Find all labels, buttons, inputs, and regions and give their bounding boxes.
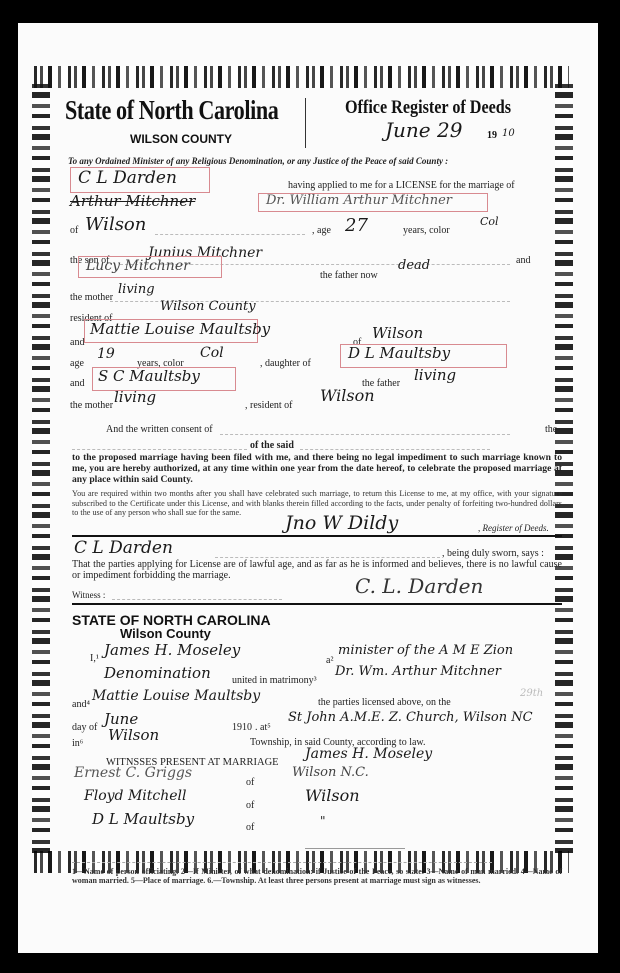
witness-label: Witness : [72, 590, 105, 600]
groom-name: Dr. William Arthur Mitchner [266, 193, 452, 208]
affidavit-statement: That the parties applying for License ar… [72, 559, 562, 581]
groom-struck: Arthur Mitchner [70, 192, 195, 210]
year-printed: 19 [487, 130, 497, 141]
certificate-county: Wilson County [120, 626, 211, 641]
groom-age: 27 [345, 215, 368, 236]
bride-name: Mattie Louise Maultsby [90, 320, 270, 338]
groom-father-status: dead [398, 258, 430, 273]
groom-residence: Wilson [85, 214, 146, 235]
groom-mother: Lucy Mitchner [86, 258, 190, 274]
consent-label: And the written consent of [106, 424, 213, 435]
marriage-place: St John A.M.E. Z. Church, Wilson NC [288, 710, 533, 725]
bride-and-label: and [70, 337, 84, 348]
register-label: , Register of Deeds. [478, 523, 549, 533]
sworn-label: , being duly sworn, says : [442, 548, 544, 559]
groom-color: Col [480, 215, 499, 228]
license-date: June 29 [385, 118, 462, 142]
bride-mother-status: living [114, 388, 156, 406]
in-label: in⁶ [72, 738, 83, 749]
certificate-bride: Mattie Louise Maultsby [92, 688, 260, 704]
father-now-label: the father now [320, 270, 378, 281]
border-top [34, 66, 569, 88]
applicant-name: C L Darden [78, 168, 177, 188]
of-the-said: of the said [250, 440, 294, 451]
of-label: of [70, 225, 78, 236]
affiant-signature: C. L. Darden [355, 574, 483, 598]
bride-age-label: age [70, 358, 84, 369]
section-divider-2 [72, 603, 562, 605]
witness-name: Ernest C. Griggs [74, 765, 192, 781]
applied-label: having applied to me for a LICENSE for t… [288, 180, 515, 191]
bride-mother-label: the mother [70, 400, 113, 411]
witness-of-label: of [246, 822, 254, 833]
i-label: I,¹ [90, 653, 99, 664]
state-title: State of North Carolina [65, 95, 278, 126]
and-label: and [516, 255, 530, 266]
bride-color: Col [200, 345, 224, 361]
parties-label: the parties licensed above, on the [318, 697, 451, 708]
groom-parents-residence: Wilson County [160, 299, 256, 314]
age-label: , age [312, 225, 331, 236]
section-divider-1 [72, 535, 562, 537]
certificate-groom: Dr. Wm. Arthur Mitchner [335, 664, 501, 679]
marriage-year: 1910 [232, 722, 252, 733]
denomination-2: Denomination [104, 664, 211, 682]
witness-residence: " [320, 814, 326, 828]
witness-residence: Wilson N.C. [292, 765, 369, 780]
cert-and-label: and⁴ [72, 699, 90, 710]
years-color-label: years, color [403, 225, 450, 236]
header-divider [305, 98, 306, 148]
officiant-name: James H. Moseley [104, 641, 240, 659]
bride-father: D L Maultsby [348, 344, 450, 362]
footnote: 1—Name of person officiating. 2—If Minis… [72, 867, 562, 885]
marriage-day: 29th [520, 688, 543, 699]
county-title: WILSON COUNTY [130, 132, 232, 146]
year-handwritten: 10 [502, 128, 515, 139]
authorization-text: to the proposed marriage having been fil… [72, 452, 562, 485]
daughter-of-label: , daughter of [260, 358, 311, 369]
witness-name: D L Maultsby [92, 810, 194, 828]
register-signature: Jno W Dildy [285, 512, 398, 534]
affiant-name: C L Darden [74, 538, 173, 558]
united-label: united in matrimony³ [232, 675, 317, 686]
at-label: . at⁵ [255, 722, 271, 733]
border-left [32, 84, 50, 853]
day-of-label: day of [72, 722, 97, 733]
township-name: Wilson [108, 726, 159, 744]
groom-mother-status: living [118, 282, 155, 297]
bride-father-status: living [414, 366, 456, 384]
a-label: a² [326, 655, 333, 666]
witness-name: Floyd Mitchell [84, 788, 186, 804]
officiant-signature: James H. Moseley [305, 746, 432, 762]
bride-age: 19 [97, 346, 115, 362]
bride-mother: S C Maultsby [98, 367, 200, 385]
witness-residence: Wilson [305, 786, 360, 805]
consent-the: the [545, 424, 557, 435]
license-intro: To any Ordained Minister of any Religiou… [68, 156, 448, 166]
denomination-1: minister of the A M E Zion [338, 643, 513, 658]
witness-of-label: of [246, 777, 254, 788]
bride-resident-label: , resident of [245, 400, 293, 411]
witness-of-label: of [246, 800, 254, 811]
bride-parents-residence: Wilson [320, 386, 375, 405]
office-title: Office Register of Deeds [345, 97, 511, 119]
bride-mother-and-label: and [70, 378, 84, 389]
mother-label: the mother [70, 292, 113, 303]
bride-residence: Wilson [372, 324, 423, 342]
